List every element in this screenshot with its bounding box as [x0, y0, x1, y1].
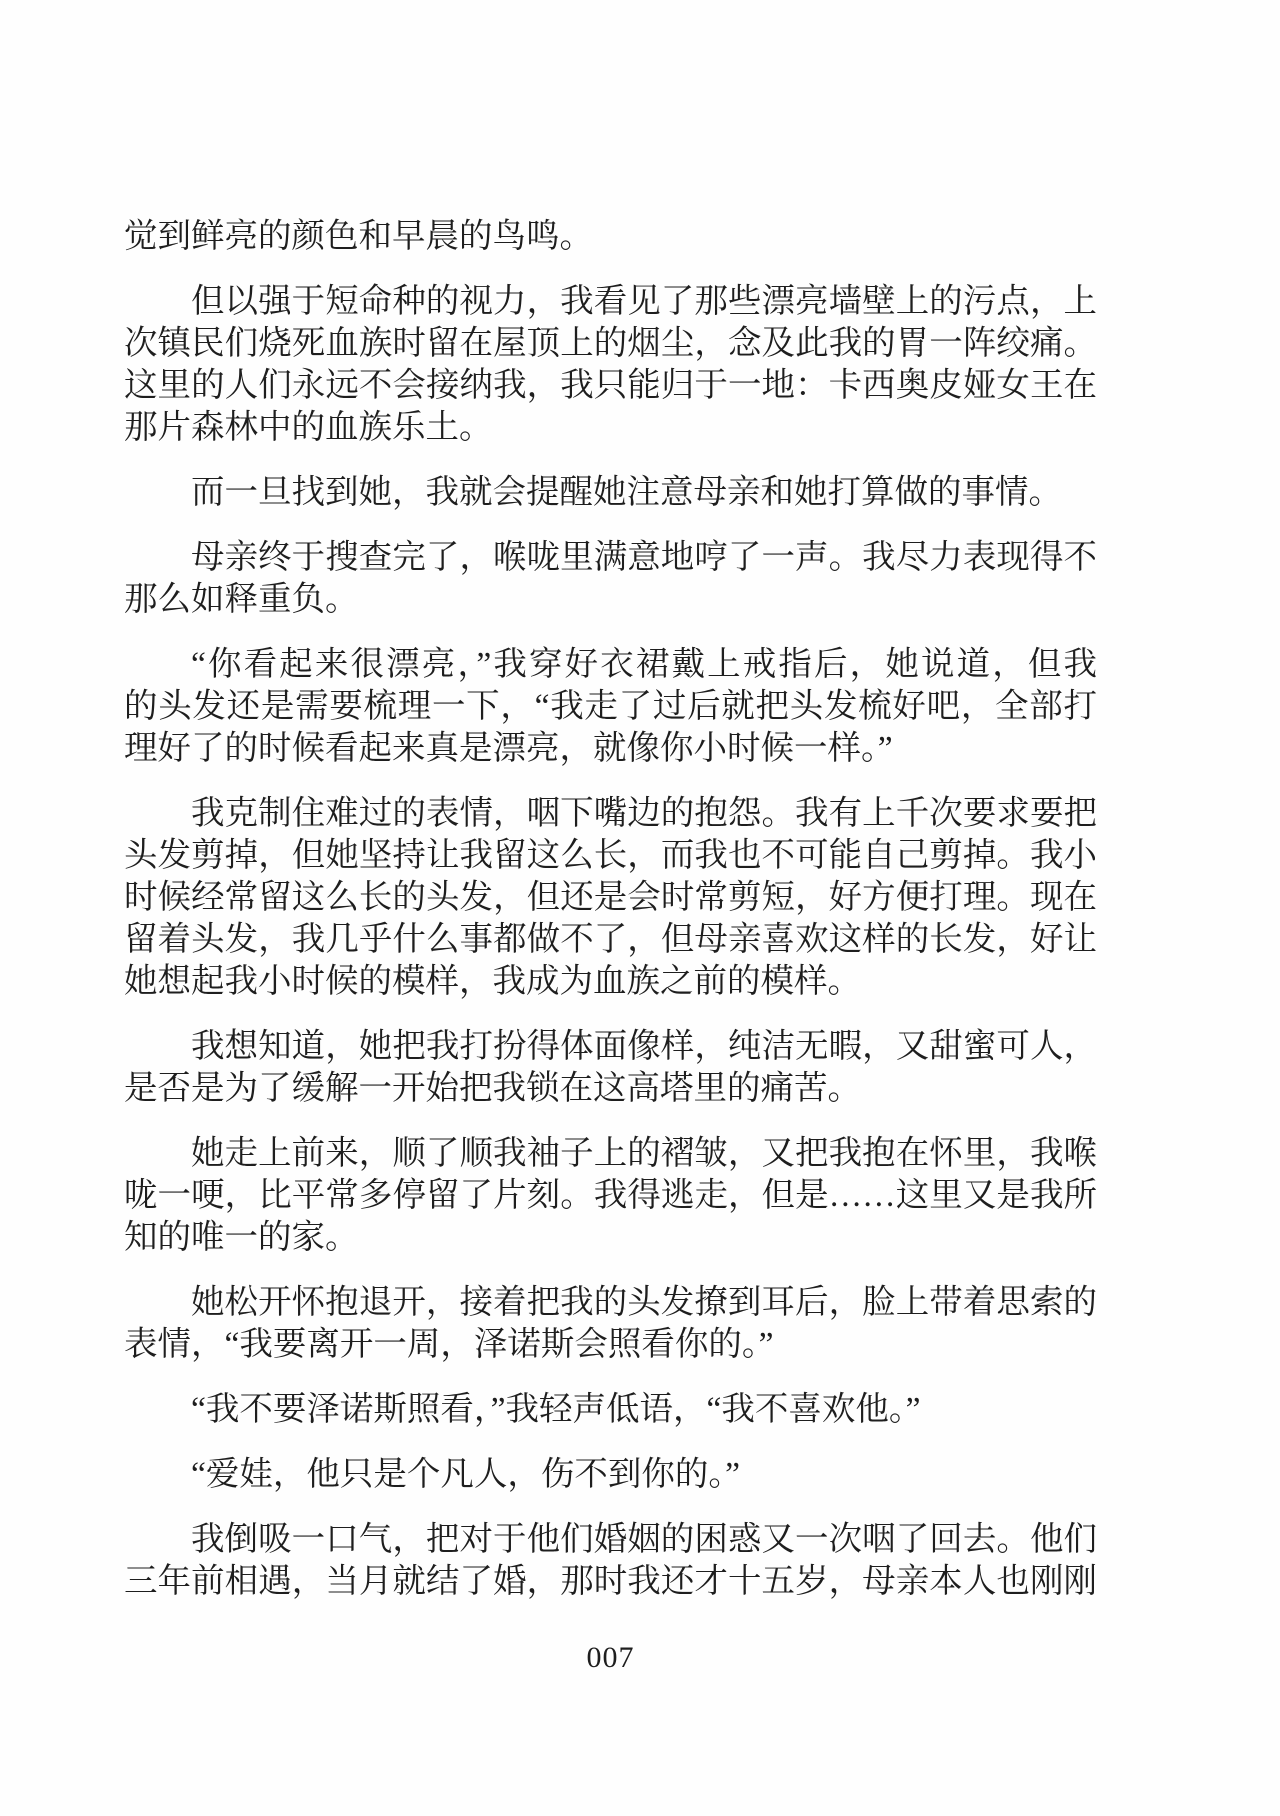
text-column: 觉到鲜亮的颜色和早晨的鸟鸣。但以强于短命种的视力，我看见了那些漂亮墙壁上的污点，… — [124, 216, 1097, 1603]
text-line: 头发剪掉，但她坚持让我留这么长，而我也不可能自己剪掉。我小 — [124, 835, 1097, 877]
paragraph: “我不要泽诺斯照看，”我轻声低语，“我不喜欢他。” — [124, 1389, 1097, 1431]
text-line: “你看起来很漂亮，”我穿好衣裙戴上戒指后，她说道，但我 — [124, 644, 1097, 686]
paragraph: “你看起来很漂亮，”我穿好衣裙戴上戒指后，她说道，但我的头发还是需要梳理一下，“… — [124, 644, 1097, 770]
page-number: 007 — [124, 1640, 1097, 1676]
text-line: 咙一哽，比平常多停留了片刻。我得逃走，但是……这里又是我所 — [124, 1175, 1097, 1217]
text-line: 时候经常留这么长的头发，但还是会时常剪短，好方便打理。现在 — [124, 877, 1097, 919]
text-line: “爱娃，他只是个凡人，伤不到你的。” — [124, 1454, 1097, 1496]
text-line: 是否是为了缓解一开始把我锁在这高塔里的痛苦。 — [124, 1068, 1097, 1110]
text-line: 三年前相遇，当月就结了婚，那时我还才十五岁，母亲本人也刚刚 — [124, 1561, 1097, 1603]
paragraph: “爱娃，他只是个凡人，伤不到你的。” — [124, 1454, 1097, 1496]
text-line: 但以强于短命种的视力，我看见了那些漂亮墙壁上的污点，上 — [124, 281, 1097, 323]
paragraph: 母亲终于搜查完了，喉咙里满意地哼了一声。我尽力表现得不那么如释重负。 — [124, 537, 1097, 621]
book-page: 觉到鲜亮的颜色和早晨的鸟鸣。但以强于短命种的视力，我看见了那些漂亮墙壁上的污点，… — [0, 0, 1280, 1816]
text-line: 母亲终于搜查完了，喉咙里满意地哼了一声。我尽力表现得不 — [124, 537, 1097, 579]
paragraph: 我倒吸一口气，把对于他们婚姻的困惑又一次咽了回去。他们三年前相遇，当月就结了婚，… — [124, 1519, 1097, 1603]
text-line: 她松开怀抱退开，接着把我的头发撩到耳后，脸上带着思索的 — [124, 1282, 1097, 1324]
paragraph: 我克制住难过的表情，咽下嘴边的抱怨。我有上千次要求要把头发剪掉，但她坚持让我留这… — [124, 793, 1097, 1003]
text-line: 的头发还是需要梳理一下，“我走了过后就把头发梳好吧，全部打 — [124, 686, 1097, 728]
text-line: 觉到鲜亮的颜色和早晨的鸟鸣。 — [124, 216, 1097, 258]
text-line: 那么如释重负。 — [124, 579, 1097, 621]
paragraph: 我想知道，她把我打扮得体面像样，纯洁无暇，又甜蜜可人，是否是为了缓解一开始把我锁… — [124, 1026, 1097, 1110]
text-line: 而一旦找到她，我就会提醒她注意母亲和她打算做的事情。 — [124, 472, 1097, 514]
paragraph: 她松开怀抱退开，接着把我的头发撩到耳后，脸上带着思索的表情，“我要离开一周，泽诺… — [124, 1282, 1097, 1366]
text-line: 理好了的时候看起来真是漂亮，就像你小时候一样。” — [124, 728, 1097, 770]
text-line: 这里的人们永远不会接纳我，我只能归于一地：卡西奥皮娅女王在 — [124, 365, 1097, 407]
text-line: 我倒吸一口气，把对于他们婚姻的困惑又一次咽了回去。他们 — [124, 1519, 1097, 1561]
text-line: 我克制住难过的表情，咽下嘴边的抱怨。我有上千次要求要把 — [124, 793, 1097, 835]
paragraph: 但以强于短命种的视力，我看见了那些漂亮墙壁上的污点，上次镇民们烧死血族时留在屋顶… — [124, 281, 1097, 449]
text-line: “我不要泽诺斯照看，”我轻声低语，“我不喜欢他。” — [124, 1389, 1097, 1431]
text-line: 留着头发，我几乎什么事都做不了，但母亲喜欢这样的长发，好让 — [124, 919, 1097, 961]
text-line: 次镇民们烧死血族时留在屋顶上的烟尘，念及此我的胃一阵绞痛。 — [124, 323, 1097, 365]
paragraph: 觉到鲜亮的颜色和早晨的鸟鸣。 — [124, 216, 1097, 258]
paragraph: 而一旦找到她，我就会提醒她注意母亲和她打算做的事情。 — [124, 472, 1097, 514]
paragraph: 她走上前来，顺了顺我袖子上的褶皱，又把我抱在怀里，我喉咙一哽，比平常多停留了片刻… — [124, 1133, 1097, 1259]
text-line: 她走上前来，顺了顺我袖子上的褶皱，又把我抱在怀里，我喉 — [124, 1133, 1097, 1175]
text-line: 那片森林中的血族乐土。 — [124, 407, 1097, 449]
text-line: 她想起我小时候的模样，我成为血族之前的模样。 — [124, 961, 1097, 1003]
text-line: 表情，“我要离开一周，泽诺斯会照看你的。” — [124, 1324, 1097, 1366]
text-line: 知的唯一的家。 — [124, 1217, 1097, 1259]
text-line: 我想知道，她把我打扮得体面像样，纯洁无暇，又甜蜜可人， — [124, 1026, 1097, 1068]
